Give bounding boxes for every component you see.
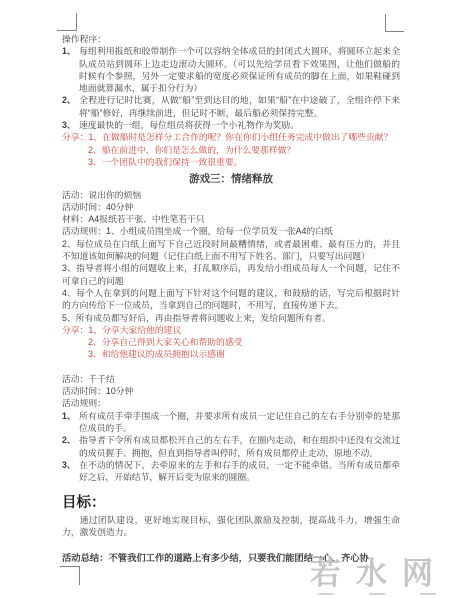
document-page: 操作程序： 1、每组利用报纸和胶带制作一个可以容纳全体成员的封闭式大圆环，将圆环… (0, 0, 450, 599)
share-block-boat: 分享：1、在做船时是怎样分工合作的呢？你在你们小组任务完成中做出了哪些贡献？ (62, 131, 400, 143)
item-text: 在不动的情况下，去牵原来的左手和右手的成员，一定不能牵错。当所有成员都牵好之后，… (79, 460, 400, 482)
procedure-item: 2、全程进行记时比赛，从做“船”至到达目的地，如果“船”在中途破了，全组许停下来… (62, 94, 400, 119)
procedure-heading: 操作程序： (62, 33, 400, 45)
share-question: 1、分享大家给他的建议 (88, 325, 181, 335)
item-text: 指导者下令所有成员都松开自己的左右手，在圈内走动，和在组织中还没有交流过的成员握… (79, 435, 400, 457)
watermark-decoration (318, 593, 436, 595)
game3-materials: 材料：A4报纸若干张、中性笔若干只 (62, 213, 400, 225)
share-label: 分享： (62, 132, 88, 142)
item-text: 全程进行记时比赛，从做“船”至到达目的地，如果“船”在中途破了，全组许停下来将“… (79, 95, 400, 117)
knot-item: 1、所有成员手牵手围成一个圈，并要求所有成员一定记住自己的左右手分别牵的是那位成… (62, 410, 400, 435)
procedure-item: 1、每组利用报纸和胶带制作一个可以容纳全体成员的封闭式大圆环，将圆环立起来全队成… (62, 45, 400, 94)
share-question: 3、一个团队中的我们保持一致很重要。 (88, 156, 400, 168)
goal-heading: 目标： (62, 497, 400, 509)
knot-rules-heading: 活动规则： (62, 397, 400, 409)
game3-rule: 5、所有成员都写好后，再由指导者将问题收上来，发给问题所有者。 (62, 312, 400, 324)
game3-rule: 2、每位成员在白纸上面写下自己近段时间最糟情绪，或者最困难、最有压力的，并且不知… (62, 238, 400, 263)
game3-rule: 3、指导者将小组的问题收上来，打乱顺序后，再发给小组成员每人一个问题，记住不可拿… (62, 262, 400, 287)
crop-mark-top-right (385, 14, 404, 32)
knot-item: 2、指导者下令所有成员都松开自己的左右手，在圈内走动，和在组织中还没有交流过的成… (62, 434, 400, 459)
game3-activity: 活动：说出你的烦恼 (62, 189, 400, 201)
knot-activity: 活动：千千结 (62, 373, 400, 385)
game3-title: 游戏三：情绪释放 (62, 173, 400, 185)
goal-paragraph: 通过团队建设，更好地实现目标，强化团队激励及控制，提高战斗力，增强生命力，激发创… (62, 514, 400, 539)
game3-rule: 4、每个人在拿到的问题上面写下针对这个问题的建议，和鼓励的话，写完后根据时针的方… (62, 287, 400, 312)
knot-duration: 活动时间：10分钟 (62, 385, 400, 397)
item-text: 速度最快的一组，每位组员将获得一个小礼物作为奖励。 (79, 120, 299, 130)
item-number: 2、 (62, 434, 79, 446)
procedure-item: 3、速度最快的一组，每位组员将获得一个小礼物作为奖励。 (62, 119, 400, 131)
item-text: 所有成员手牵手围成一个圈，并要求所有成员一定记住自己的左右手分别牵的是那位成员的… (79, 411, 400, 433)
watermark-text: 若水网 (310, 559, 448, 589)
share-block-emotion: 分享：1、分享大家给他的建议 (62, 324, 400, 336)
item-number: 2、 (62, 94, 79, 106)
share-question: 2、分享自己得到大家关心和帮助的感受 (88, 336, 400, 348)
share-question: 2、船在前进中，你们是怎么做的，为什么要那样做？ (88, 144, 400, 156)
game3-duration: 活动时间：40分钟 (62, 201, 400, 213)
item-number: 1、 (62, 410, 79, 422)
crop-mark-bottom-left (60, 566, 80, 585)
game3-rule: 活动规则：1、小组成员围坐成一个圈，给每一位学员发一张A4的白纸 (62, 225, 400, 237)
item-text: 每组利用报纸和胶带制作一个可以容纳全体成员的封闭式大圆环，将圆环立起来全队成员站… (79, 46, 400, 93)
crop-mark-top-left (57, 13, 77, 31)
spacer (62, 361, 400, 373)
item-number: 1、 (62, 45, 79, 57)
item-number: 3、 (62, 119, 79, 131)
knot-item: 3、在不动的情况下，去牵原来的左手和右手的成员，一定不能牵错。当所有成员都牵好之… (62, 459, 400, 484)
item-number: 3、 (62, 459, 79, 471)
share-question: 3、和给他建议的成员拥抱以示感谢 (88, 348, 400, 360)
share-label: 分享： (62, 325, 88, 335)
share-question: 1、在做船时是怎样分工合作的呢？你在你们小组任务完成中做出了哪些贡献？ (88, 132, 392, 142)
